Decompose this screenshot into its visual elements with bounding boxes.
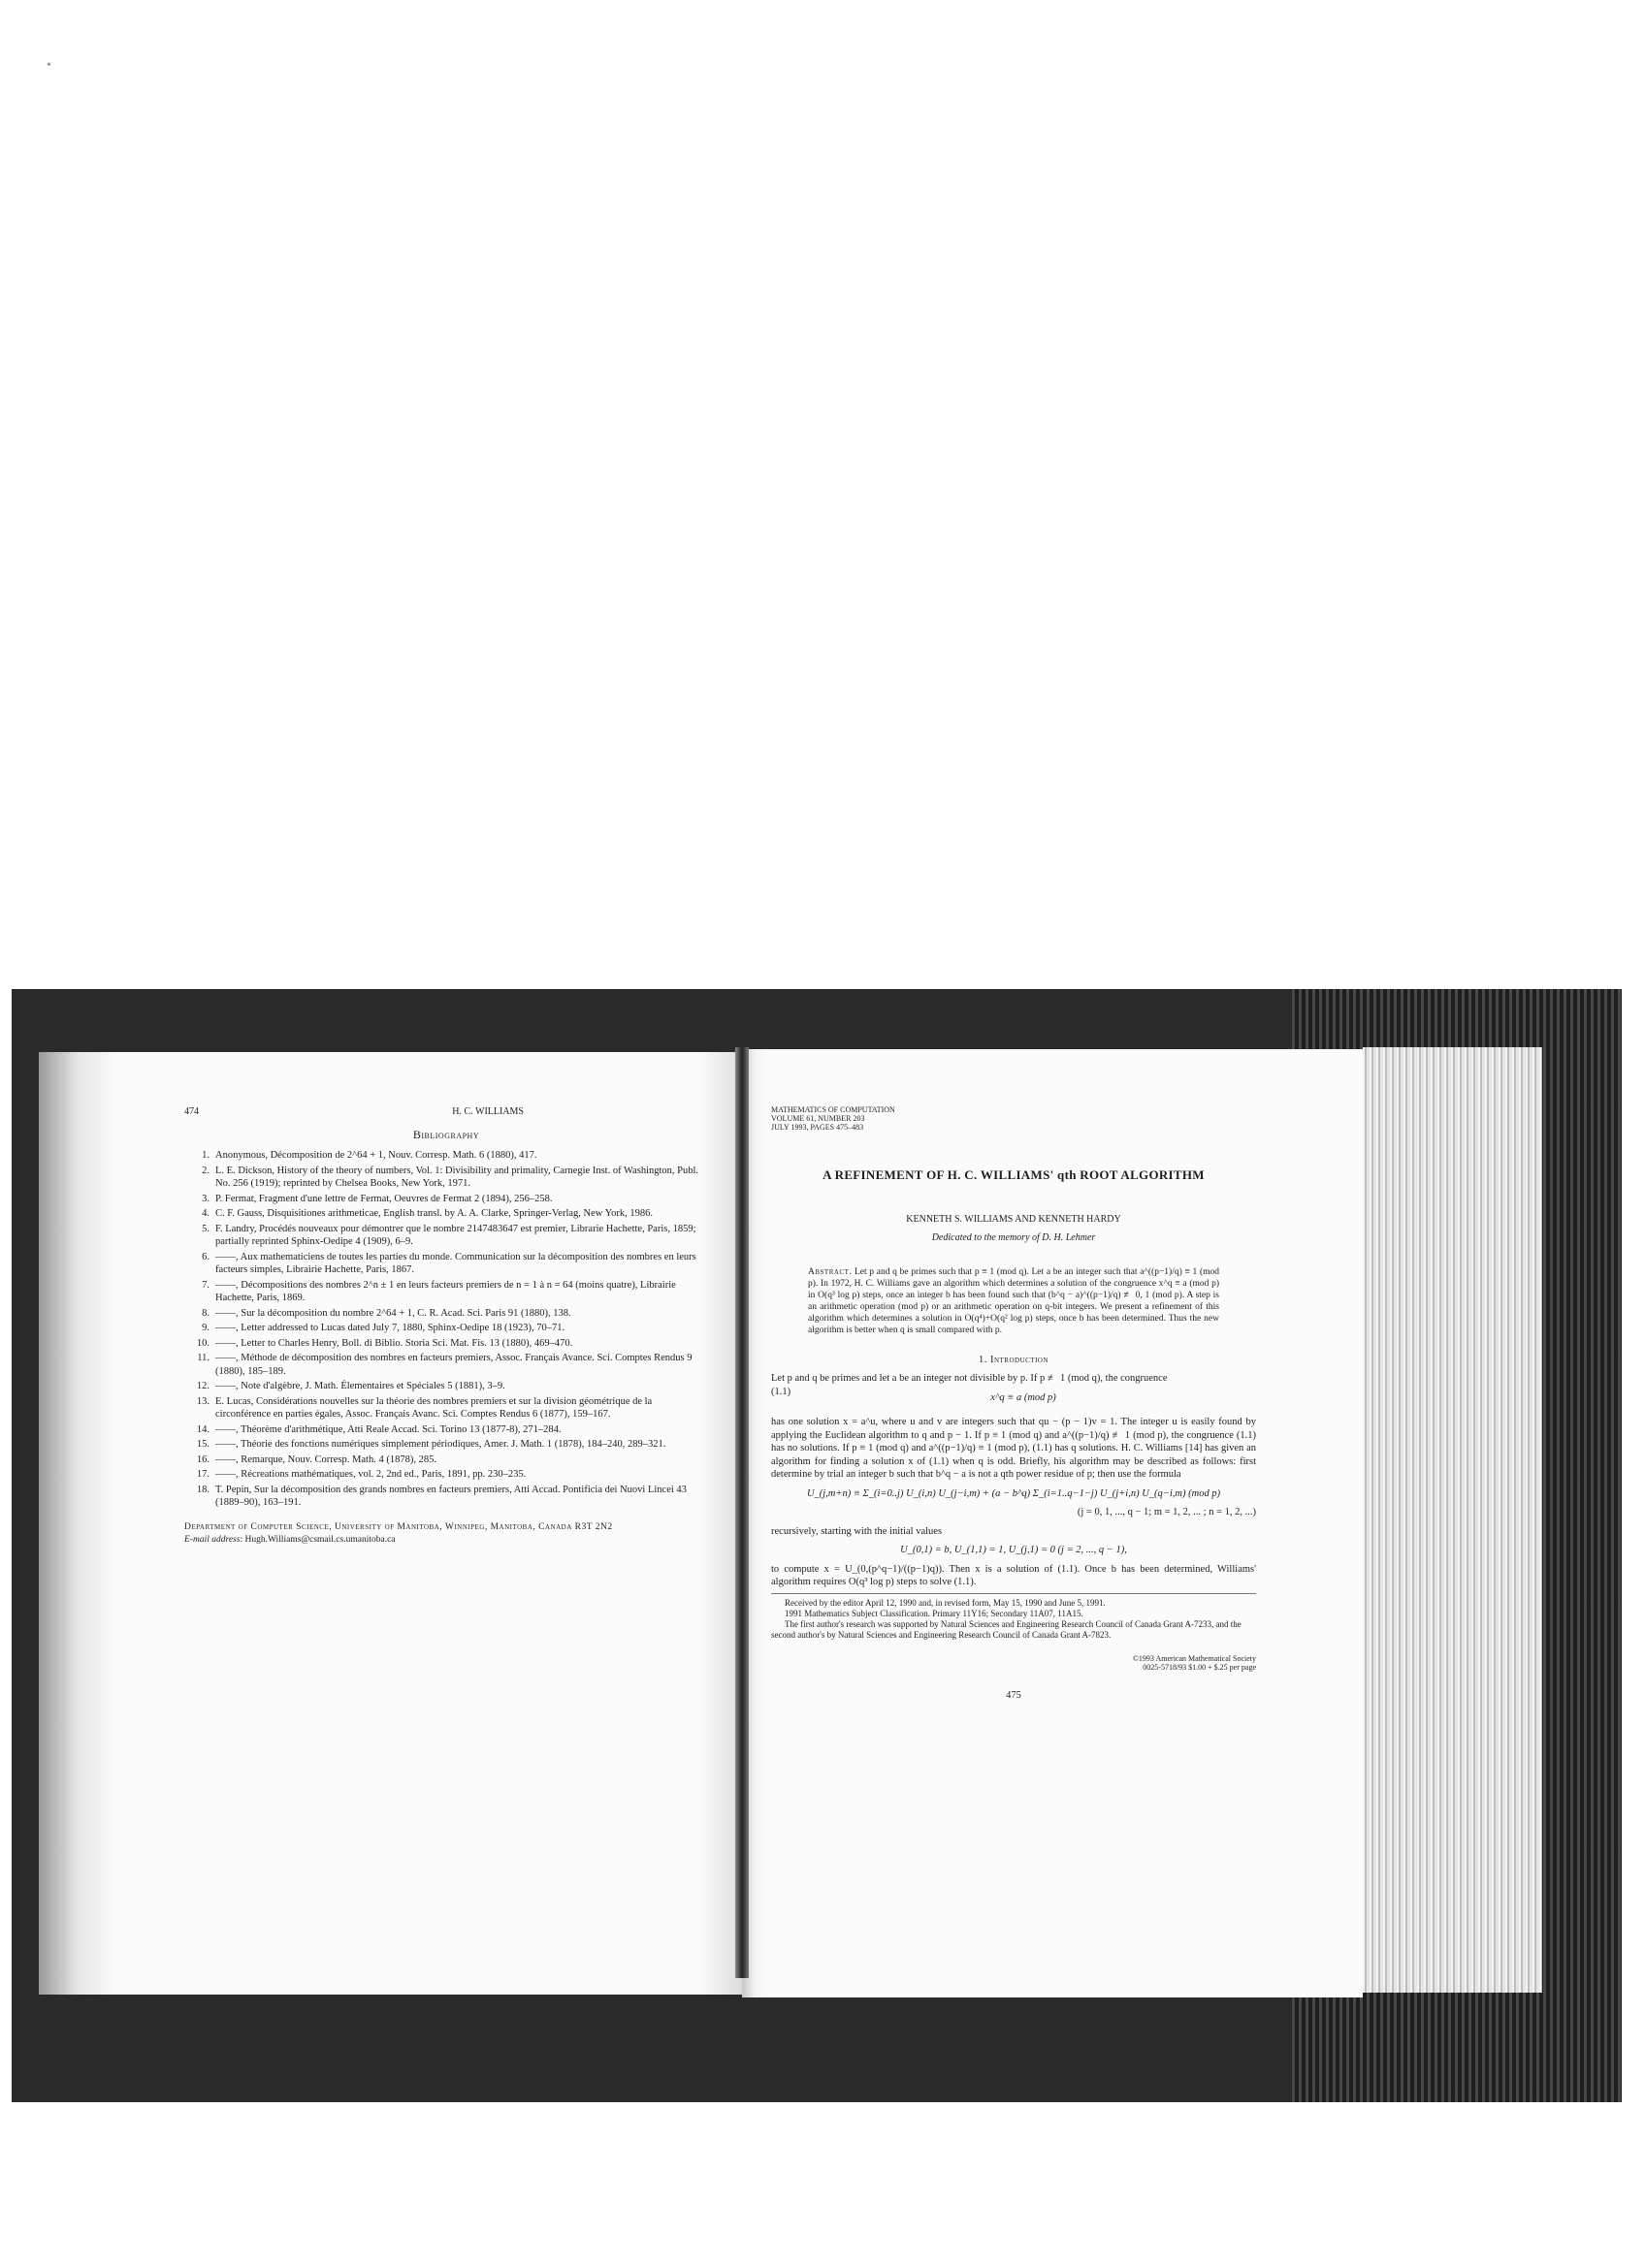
entry-text: ——, Méthode de décomposition des nombres… [215, 1352, 708, 1378]
bibliography-entry: 5.F. Landry, Procédés nouveaux pour démo… [184, 1223, 708, 1249]
bibliography-entry: 8.——, Sur la décomposition du nombre 2^6… [184, 1307, 708, 1321]
left-page-content: 474 H. C. WILLIAMS Bibliography 1.Anonym… [184, 1105, 708, 1548]
entry-number: 12. [184, 1380, 215, 1393]
abstract-label: Abstract. [808, 1267, 852, 1277]
entry-text: ——, Letter addressed to Lucas dated July… [215, 1322, 564, 1335]
bibliography-entry: 7.——, Décompositions des nombres 2^n ± 1… [184, 1279, 708, 1305]
entry-text: P. Fermat, Fragment d'une lettre de Ferm… [215, 1193, 552, 1206]
intro-paragraph-3: recursively, starting with the initial v… [771, 1525, 1256, 1539]
entry-text: ——, Remarque, Nouv. Corresp. Math. 4 (18… [215, 1453, 436, 1467]
footnotes: Received by the editor April 12, 1990 an… [771, 1593, 1256, 1641]
entry-text: ——, Décompositions des nombres 2^n ± 1 e… [215, 1279, 708, 1305]
right-page-content: MATHEMATICS OF COMPUTATION VOLUME 61, NU… [771, 1105, 1256, 1702]
entry-text: Anonymous, Décomposition de 2^64 + 1, No… [215, 1149, 537, 1163]
page-number-475: 475 [771, 1689, 1256, 1703]
equation-label: (1.1) [771, 1386, 790, 1411]
entry-text: E. Lucas, Considérations nouvelles sur l… [215, 1395, 708, 1421]
entry-number: 7. [184, 1279, 215, 1305]
journal-date: JULY 1993, PAGES 475–483 [771, 1123, 1256, 1132]
abstract: Abstract. Let p and q be primes such tha… [808, 1266, 1219, 1336]
bibliography-entry: 10.——, Letter to Charles Henry, Boll. di… [184, 1337, 708, 1351]
entry-number: 5. [184, 1223, 215, 1249]
footnote: Received by the editor April 12, 1990 an… [771, 1598, 1256, 1609]
equation-1-1: (1.1) x^q ≡ a (mod p) [771, 1386, 1256, 1411]
bibliography-entry: 12.——, Note d'algèbre, J. Math. Élementa… [184, 1380, 708, 1393]
footnote: 1991 Mathematics Subject Classification.… [771, 1609, 1256, 1619]
entry-text: T. Pepin, Sur la décomposition des grand… [215, 1484, 708, 1510]
journal-header: MATHEMATICS OF COMPUTATION VOLUME 61, NU… [771, 1105, 1256, 1132]
email-address: Hugh.Williams@csmail.cs.umanitoba.ca [244, 1535, 395, 1545]
bibliography-entry: 14.——, Théorème d'arithmétique, Atti Rea… [184, 1423, 708, 1437]
entry-number: 8. [184, 1307, 215, 1321]
bibliography-entry: 18.T. Pepin, Sur la décomposition des gr… [184, 1484, 708, 1510]
bibliography-list: 1.Anonymous, Décomposition de 2^64 + 1, … [184, 1149, 708, 1510]
entry-text: ——, Aux mathematiciens de toutes les par… [215, 1251, 708, 1277]
entry-number: 6. [184, 1251, 215, 1277]
book-gutter [735, 1047, 749, 1978]
page-edges [1363, 1047, 1542, 1993]
address-text: Department of Computer Science, Universi… [184, 1521, 708, 1535]
entry-number: 1. [184, 1149, 215, 1163]
entry-text: ——, Récreations mathématiques, vol. 2, 2… [215, 1468, 526, 1482]
article-authors: KENNETH S. WILLIAMS AND KENNETH HARDY [771, 1213, 1256, 1227]
entry-text: ——, Note d'algèbre, J. Math. Élementaire… [215, 1380, 505, 1393]
abstract-text: Let p and q be primes such that p ≡ 1 (m… [808, 1267, 1219, 1335]
article-title: A REFINEMENT OF H. C. WILLIAMS' qth ROOT… [771, 1168, 1256, 1182]
entry-number: 9. [184, 1322, 215, 1335]
bibliography-entry: 3.P. Fermat, Fragment d'une lettre de Fe… [184, 1193, 708, 1206]
section-heading: 1. Introduction [771, 1354, 1256, 1367]
bibliography-entry: 13.E. Lucas, Considérations nouvelles su… [184, 1395, 708, 1421]
left-running-header: 474 H. C. WILLIAMS [184, 1105, 708, 1119]
bibliography-entry: 11.——, Méthode de décomposition des nomb… [184, 1352, 708, 1378]
page-number: 474 [184, 1105, 199, 1119]
entry-text: F. Landry, Procédés nouveaux pour démont… [215, 1223, 708, 1249]
author-address: Department of Computer Science, Universi… [184, 1521, 708, 1548]
copyright: ©1993 American Mathematical Society 0025… [771, 1654, 1256, 1672]
bibliography-entry: 9.——, Letter addressed to Lucas dated Ju… [184, 1322, 708, 1335]
entry-number: 4. [184, 1207, 215, 1221]
entry-text: ——, Théorème d'arithmétique, Atti Reale … [215, 1423, 562, 1437]
equation-text: x^q ≡ a (mod p) [790, 1391, 1256, 1405]
entry-text: L. E. Dickson, History of the theory of … [215, 1165, 708, 1191]
intro-paragraph-2: has one solution x = a^u, where u and v … [771, 1416, 1256, 1482]
entry-number: 16. [184, 1453, 215, 1467]
entry-text: ——, Sur la décomposition du nombre 2^64 … [215, 1307, 571, 1321]
entry-text: C. F. Gauss, Disquisitiones arithmeticae… [215, 1207, 653, 1221]
entry-number: 2. [184, 1165, 215, 1191]
bibliography-entry: 16.——, Remarque, Nouv. Corresp. Math. 4 … [184, 1453, 708, 1467]
running-head: H. C. WILLIAMS [452, 1105, 524, 1119]
scan-speck: • [47, 58, 51, 74]
entry-number: 11. [184, 1352, 215, 1378]
entry-number: 14. [184, 1423, 215, 1437]
entry-number: 18. [184, 1484, 215, 1510]
entry-text: ——, Théorie des fonctions numériques sim… [215, 1438, 665, 1452]
footnote: The first author's research was supporte… [771, 1619, 1256, 1641]
entry-number: 3. [184, 1193, 215, 1206]
price-line: 0025-5718/93 $1.00 + $.25 per page [771, 1663, 1256, 1672]
entry-text: ——, Letter to Charles Henry, Boll. di Bi… [215, 1337, 572, 1351]
bibliography-entry: 17.——, Récreations mathématiques, vol. 2… [184, 1468, 708, 1482]
bibliography-entry: 2.L. E. Dickson, History of the theory o… [184, 1165, 708, 1191]
entry-number: 10. [184, 1337, 215, 1351]
intro-paragraph-4: to compute x = U_(0,(p^q−1)/((p−1)q)). T… [771, 1563, 1256, 1589]
email-label: E-mail address [184, 1535, 240, 1545]
recurrence-range: (j = 0, 1, ..., q − 1; m = 1, 2, ... ; n… [771, 1506, 1256, 1519]
entry-number: 13. [184, 1395, 215, 1421]
copyright-line: ©1993 American Mathematical Society [771, 1654, 1256, 1663]
intro-paragraph-1: Let p and q be primes and let a be an in… [771, 1372, 1256, 1386]
bibliography-entry: 15.——, Théorie des fonctions numériques … [184, 1438, 708, 1452]
journal-name: MATHEMATICS OF COMPUTATION [771, 1105, 1256, 1114]
journal-volume: VOLUME 61, NUMBER 203 [771, 1114, 1256, 1123]
recurrence-formula: U_(j,m+n) ≡ Σ_(i=0..j) U_(i,n) U_(j−i,m)… [771, 1487, 1256, 1501]
initial-values: U_(0,1) = b, U_(1,1) = 1, U_(j,1) = 0 (j… [771, 1544, 1256, 1557]
bibliography-entry: 6.——, Aux mathematiciens de toutes les p… [184, 1251, 708, 1277]
bibliography-entry: 4.C. F. Gauss, Disquisitiones arithmetic… [184, 1207, 708, 1221]
bibliography-entry: 1.Anonymous, Décomposition de 2^64 + 1, … [184, 1149, 708, 1163]
bibliography-heading: Bibliography [184, 1129, 708, 1142]
entry-number: 17. [184, 1468, 215, 1482]
dedication: Dedicated to the memory of D. H. Lehmer [771, 1231, 1256, 1245]
entry-number: 15. [184, 1438, 215, 1452]
